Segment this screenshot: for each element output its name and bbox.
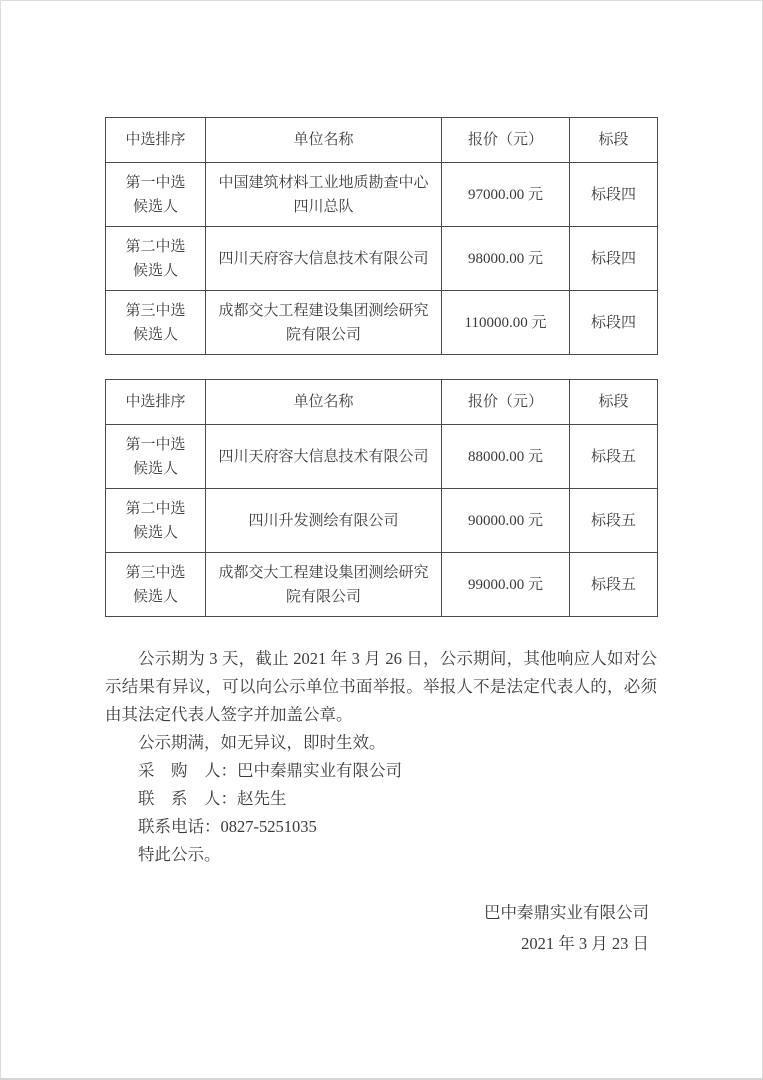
table-row: 第三中选 候选人 成都交大工程建设集团测绘研究 院有限公司 99000.00 元…: [106, 553, 658, 617]
table-row: 第三中选 候选人 成都交大工程建设集团测绘研究 院有限公司 110000.00 …: [106, 291, 658, 355]
price-cell: 88000.00 元: [442, 425, 570, 489]
contact-line: 联 系 人：赵先生: [105, 785, 657, 813]
col-header-company: 单位名称: [206, 380, 442, 425]
col-header-section: 标段: [570, 118, 658, 163]
table-row: 第一中选 候选人 中国建筑材料工业地质勘查中心 四川总队 97000.00 元 …: [106, 163, 658, 227]
company-cell: 成都交大工程建设集团测绘研究 院有限公司: [206, 291, 442, 355]
company-cell: 成都交大工程建设集团测绘研究 院有限公司: [206, 553, 442, 617]
rank-cell: 第三中选 候选人: [106, 291, 206, 355]
document-page: 中选排序 单位名称 报价（元） 标段 第一中选 候选人 中国建筑材料工业地质勘查…: [0, 0, 763, 1080]
company-cell: 四川升发测绘有限公司: [206, 489, 442, 553]
company-cell: 四川天府容大信息技术有限公司: [206, 425, 442, 489]
signature-company: 巴中秦鼎实业有限公司: [105, 897, 649, 928]
section-cell: 标段四: [570, 227, 658, 291]
document-content: 中选排序 单位名称 报价（元） 标段 第一中选 候选人 中国建筑材料工业地质勘查…: [1, 1, 762, 959]
col-header-section: 标段: [570, 380, 658, 425]
col-header-company: 单位名称: [206, 118, 442, 163]
closing-line: 特此公示。: [105, 841, 657, 869]
rank-cell: 第一中选 候选人: [106, 425, 206, 489]
price-cell: 90000.00 元: [442, 489, 570, 553]
bid-table-section-4: 中选排序 单位名称 报价（元） 标段 第一中选 候选人 中国建筑材料工业地质勘查…: [105, 117, 658, 355]
rank-cell: 第二中选 候选人: [106, 227, 206, 291]
section-cell: 标段五: [570, 553, 658, 617]
rank-cell: 第一中选 候选人: [106, 163, 206, 227]
section-cell: 标段五: [570, 425, 658, 489]
company-cell: 四川天府容大信息技术有限公司: [206, 227, 442, 291]
phone-line: 联系电话：0827-5251035: [105, 813, 657, 841]
section-cell: 标段五: [570, 489, 658, 553]
col-header-price: 报价（元）: [442, 380, 570, 425]
table-row: 第二中选 候选人 四川天府容大信息技术有限公司 98000.00 元 标段四: [106, 227, 658, 291]
table-gap: [105, 355, 657, 379]
signature-block: 巴中秦鼎实业有限公司 2021 年 3 月 23 日: [105, 897, 657, 959]
notice-paragraph-period: 公示期为 3 天，截止 2021 年 3 月 26 日，公示期间，其他响应人如对…: [105, 645, 657, 729]
table-header-row: 中选排序 单位名称 报价（元） 标段: [106, 380, 658, 425]
section-cell: 标段四: [570, 291, 658, 355]
price-cell: 98000.00 元: [442, 227, 570, 291]
rank-cell: 第三中选 候选人: [106, 553, 206, 617]
price-cell: 99000.00 元: [442, 553, 570, 617]
table-row: 第一中选 候选人 四川天府容大信息技术有限公司 88000.00 元 标段五: [106, 425, 658, 489]
price-cell: 110000.00 元: [442, 291, 570, 355]
table-header-row: 中选排序 单位名称 报价（元） 标段: [106, 118, 658, 163]
section-cell: 标段四: [570, 163, 658, 227]
notice-paragraph-effective: 公示期满，如无异议，即时生效。: [105, 729, 657, 757]
signature-date: 2021 年 3 月 23 日: [105, 928, 649, 959]
col-header-price: 报价（元）: [442, 118, 570, 163]
purchaser-line: 采 购 人：巴中秦鼎实业有限公司: [105, 757, 657, 785]
col-header-rank: 中选排序: [106, 380, 206, 425]
notice-text-block: 公示期为 3 天，截止 2021 年 3 月 26 日，公示期间，其他响应人如对…: [105, 645, 657, 869]
price-cell: 97000.00 元: [442, 163, 570, 227]
rank-cell: 第二中选 候选人: [106, 489, 206, 553]
col-header-rank: 中选排序: [106, 118, 206, 163]
table-row: 第二中选 候选人 四川升发测绘有限公司 90000.00 元 标段五: [106, 489, 658, 553]
bid-table-section-5: 中选排序 单位名称 报价（元） 标段 第一中选 候选人 四川天府容大信息技术有限…: [105, 379, 658, 617]
company-cell: 中国建筑材料工业地质勘查中心 四川总队: [206, 163, 442, 227]
